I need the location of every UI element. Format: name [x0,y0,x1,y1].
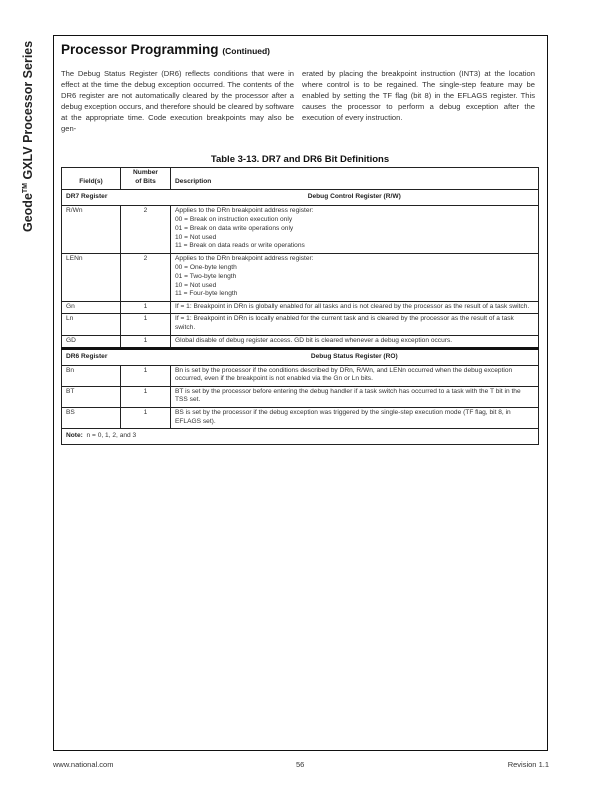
footer-revision: Revision 1.1 [508,760,549,769]
intro-paragraph-right: erated by placing the breakpoint instruc… [302,68,535,123]
register-section-row: DR6 RegisterDebug Status Register (RO) [62,349,539,366]
field-cell: BT [62,386,121,407]
section-title: Processor Programming [61,42,219,57]
field-cell: LENn [62,253,121,301]
bits-cell: 2 [121,253,171,301]
bit-definitions-table: Field(s) Numberof Bits Description DR7 R… [61,167,539,445]
footer-page-number: 56 [296,760,304,769]
bits-cell: 1 [121,314,171,335]
header-description: Description [171,168,539,190]
bits-cell: 1 [121,386,171,407]
side-series-title: GeodeTM GXLV Processor Series [21,41,35,232]
description-line: Applies to the DRn breakpoint address re… [175,207,534,216]
bits-cell: 1 [121,408,171,429]
section-heading: Processor Programming (Continued) [61,42,270,57]
description-cell: BS is set by the processor if the debug … [171,408,539,429]
table-row: Bn1Bn is set by the processor if the con… [62,365,539,386]
note-label: Note: [66,432,83,439]
table-title: Table 3-13. DR7 and DR6 Bit Definitions [61,154,539,165]
table-row: BT1BT is set by the processor before ent… [62,386,539,407]
register-section-row: DR7 RegisterDebug Control Register (R/W) [62,190,539,206]
description-line: If = 1: Breakpoint in DRn is locally ena… [175,315,534,332]
table-row: LENn2Applies to the DRn breakpoint addre… [62,253,539,301]
table-note-row: Note: n = 0, 1, 2, and 3 [62,429,539,445]
description-line: If = 1: Breakpoint in DRn is globally en… [175,303,534,312]
register-name: Debug Control Register (R/W) [171,190,539,206]
field-cell: BS [62,408,121,429]
description-line: BS is set by the processor if the debug … [175,409,534,426]
footer-website: www.national.com [53,760,113,769]
description-cell: BT is set by the processor before enteri… [171,386,539,407]
header-bits-line2: of Bits [135,178,156,185]
register-label: DR6 Register [62,349,171,366]
side-title-product: Geode [21,193,35,232]
side-title-rest: GXLV Processor Series [21,41,35,183]
description-line: Global disable of debug register access.… [175,337,534,346]
field-cell: Gn [62,301,121,314]
continued-label: (Continued) [222,46,270,56]
header-bits: Numberof Bits [121,168,171,190]
bits-cell: 1 [121,301,171,314]
description-line: 11 = Break on data reads or write operat… [175,242,534,251]
register-label: DR7 Register [62,190,171,206]
description-line: 10 = Not used [175,234,534,243]
field-cell: R/Wn [62,205,121,253]
description-cell: If = 1: Breakpoint in DRn is globally en… [171,301,539,314]
table-row: GD1Global disable of debug register acce… [62,335,539,349]
table-note: Note: n = 0, 1, 2, and 3 [62,429,539,445]
bits-cell: 1 [121,335,171,349]
table-row: Gn1If = 1: Breakpoint in DRn is globally… [62,301,539,314]
description-line: 10 = Not used [175,282,534,291]
header-bits-line1: Number [133,169,158,176]
description-cell: Applies to the DRn breakpoint address re… [171,205,539,253]
description-line: 11 = Four-byte length [175,290,534,299]
description-line: Bn is set by the processor if the condit… [175,367,534,384]
description-line: 00 = One-byte length [175,264,534,273]
description-line: 00 = Break on instruction execution only [175,216,534,225]
description-cell: Bn is set by the processor if the condit… [171,365,539,386]
intro-paragraph-left: The Debug Status Register (DR6) reflects… [61,68,294,134]
field-cell: Ln [62,314,121,335]
note-text: n = 0, 1, 2, and 3 [83,432,136,439]
field-cell: Bn [62,365,121,386]
description-line: 01 = Break on data write operations only [175,225,534,234]
description-line: BT is set by the processor before enteri… [175,388,534,405]
bits-cell: 1 [121,365,171,386]
bits-cell: 2 [121,205,171,253]
table-row: R/Wn2Applies to the DRn breakpoint addre… [62,205,539,253]
trademark-symbol: TM [22,183,29,193]
table-header-row: Field(s) Numberof Bits Description [62,168,539,190]
table-row: BS1BS is set by the processor if the deb… [62,408,539,429]
table-row: Ln1If = 1: Breakpoint in DRn is locally … [62,314,539,335]
description-line: 01 = Two-byte length [175,273,534,282]
description-line: Applies to the DRn breakpoint address re… [175,255,534,264]
register-name: Debug Status Register (RO) [171,349,539,366]
field-cell: GD [62,335,121,349]
table-body: DR7 RegisterDebug Control Register (R/W)… [62,190,539,445]
description-cell: Applies to the DRn breakpoint address re… [171,253,539,301]
description-cell: If = 1: Breakpoint in DRn is locally ena… [171,314,539,335]
header-field: Field(s) [62,168,121,190]
description-cell: Global disable of debug register access.… [171,335,539,349]
